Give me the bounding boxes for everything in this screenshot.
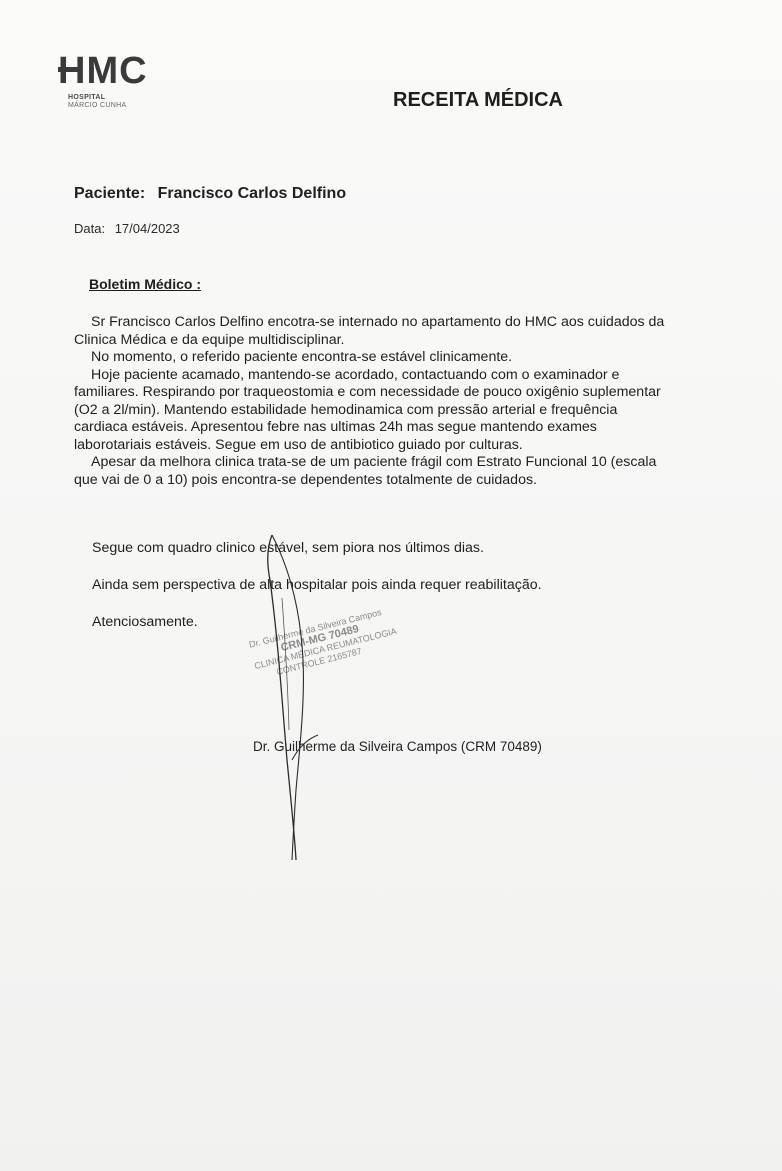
patient-name: Francisco Carlos Delfino <box>158 185 347 202</box>
date-line: Data: 17/04/2023 <box>74 221 180 236</box>
bulletin-paragraph: Hoje paciente acamado, mantendo-se acord… <box>74 367 674 455</box>
patient-label: Paciente: <box>74 185 145 202</box>
patient-line: Paciente: Francisco Carlos Delfino <box>74 185 346 203</box>
closing-salutation: Atenciosamente. <box>92 614 198 630</box>
hospital-logo: HMC HOSPITAL MÁRCIO CUNHA <box>58 52 188 122</box>
doctor-stamp: Dr. Guilherme da Silveira Campos CRM-MG … <box>248 601 423 717</box>
bulletin-paragraph: Apesar da melhora clinica trata-se de um… <box>74 454 674 489</box>
bulletin-paragraph: Sr Francisco Carlos Delfino encotra-se i… <box>74 314 674 349</box>
closing-line: Ainda sem perspectiva de alta hospitalar… <box>92 577 542 593</box>
signer-name: Dr. Guilherme da Silveira Campos (CRM 70… <box>253 739 542 754</box>
date-label: Data: <box>74 221 105 236</box>
document-title: RECEITA MÉDICA <box>393 89 563 112</box>
closing-line: Segue com quadro clinico estável, sem pi… <box>92 540 484 556</box>
logo-mark: HMC <box>58 52 148 90</box>
bulletin-paragraph: No momento, o referido paciente encontra… <box>74 349 674 367</box>
prescription-page: HMC HOSPITAL MÁRCIO CUNHA RECEITA MÉDICA… <box>0 0 782 1171</box>
logo-line-2: MÁRCIO CUNHA <box>68 102 126 109</box>
bulletin-body: Sr Francisco Carlos Delfino encotra-se i… <box>74 314 674 489</box>
logo-line-1: HOSPITAL <box>68 94 105 101</box>
bulletin-title: Boletim Médico : <box>89 276 201 292</box>
date-value: 17/04/2023 <box>115 221 180 236</box>
